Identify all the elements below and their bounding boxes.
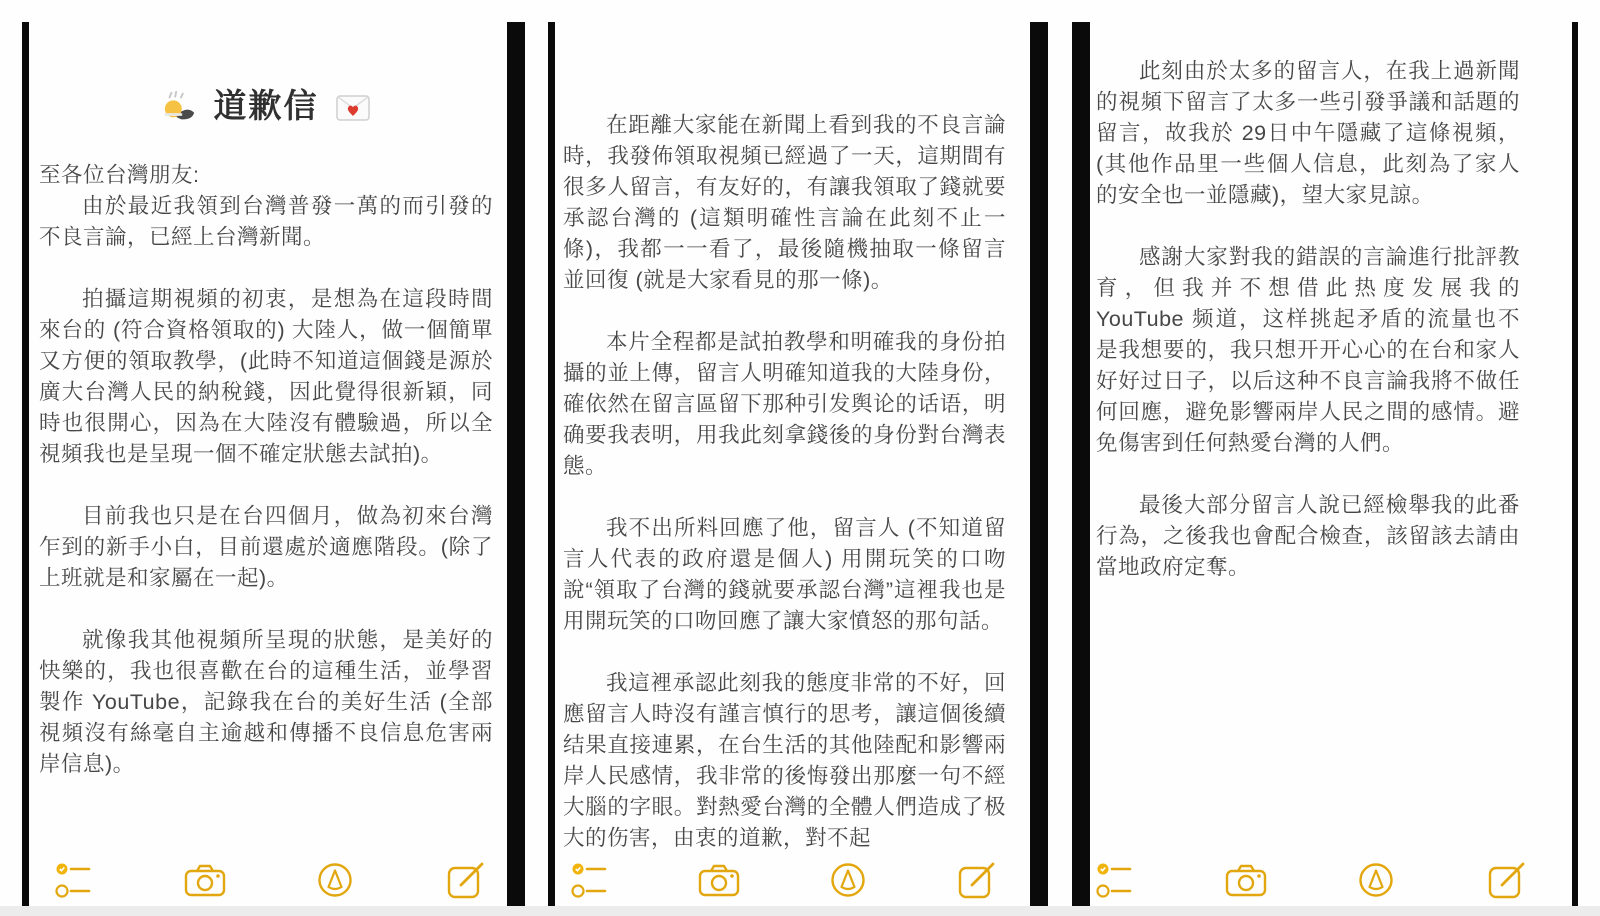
separator-bar [22, 22, 29, 906]
markup-button[interactable] [1355, 860, 1397, 902]
separator-bar [507, 22, 525, 906]
paragraph: 由於最近我領到台灣普發一萬的而引發的不良言論，已經上台灣新聞。 [39, 191, 493, 253]
notes-screenshot-collage: 道歉信 至各位台灣朋友: 由於最近我領到台灣普發一萬的而引發的不良言論，已經上台… [0, 0, 1600, 916]
paragraph: 感謝大家對我的錯誤的言論進行批評教育，但我并不想借此热度发展我的 YouTube… [1096, 242, 1520, 459]
paragraph: 我這裡承認此刻我的態度非常的不好，回應留言人時沒有謹言慎行的思考，讓這個後續结果… [563, 668, 1006, 854]
compose-button[interactable] [445, 860, 487, 902]
separator-bar [1072, 22, 1090, 906]
checklist-icon [571, 860, 609, 903]
note-page-2: 在距離大家能在新聞上看到我的不良言論時，我發佈領取視頻已經過了一天，這期間有很多… [555, 22, 1030, 916]
notes-bottom-toolbar [29, 860, 507, 902]
markup-icon [316, 861, 354, 902]
page-title: 道歉信 [39, 84, 493, 132]
compose-button[interactable] [956, 860, 998, 902]
separator-bar [548, 22, 555, 906]
compose-icon [446, 860, 486, 903]
checklist-icon [1096, 860, 1134, 903]
note-page-1: 道歉信 至各位台灣朋友: 由於最近我領到台灣普發一萬的而引發的不良言論，已經上台… [29, 22, 507, 916]
paragraph: 拍攝這期視頻的初衷，是想為在這段時間來台的 (符合資格領取的) 大陸人，做一個簡… [39, 284, 493, 470]
paragraph: 目前我也只是在台四個月，做為初來台灣乍到的新手小白，目前還處於適應階段。(除了上… [39, 501, 493, 594]
note-page-3: 此刻由於太多的留言人，在我上過新聞的視頻下留言了太多一些引發爭議和話題的留言，故… [1090, 22, 1572, 916]
paragraph: 此刻由於太多的留言人，在我上過新聞的視頻下留言了太多一些引發爭議和話題的留言，故… [1096, 56, 1520, 211]
separator-bar [1030, 22, 1048, 906]
markup-button[interactable] [314, 860, 356, 902]
separator-bar [1572, 22, 1578, 906]
bottom-crop-strip [0, 906, 1600, 916]
compose-icon [1487, 860, 1527, 903]
checklist-button[interactable] [53, 860, 95, 902]
camera-icon [184, 863, 226, 900]
paragraph: 就像我其他視頻所呈現的狀態，是美好的快樂的，我也很喜歡在台的這種生活，並學習製作… [39, 625, 493, 780]
camera-button[interactable] [698, 860, 740, 902]
camera-icon [698, 863, 740, 900]
compose-button[interactable] [1486, 860, 1528, 902]
paragraph: 在距離大家能在新聞上看到我的不良言論時，我發佈領取視頻已經過了一天，這期間有很多… [563, 110, 1006, 296]
markup-button[interactable] [827, 860, 869, 902]
bowing-person-emoji [162, 88, 196, 132]
title-text: 道歉信 [214, 87, 319, 124]
compose-icon [957, 860, 997, 903]
markup-icon [829, 861, 867, 902]
love-letter-emoji [336, 88, 370, 132]
checklist-button[interactable] [1094, 860, 1136, 902]
markup-icon [1357, 861, 1395, 902]
paragraph: 最後大部分留言人說已經檢舉我的此番行為，之後我也會配合檢查，該留該去請由當地政府… [1096, 490, 1520, 583]
notes-bottom-toolbar [555, 860, 1030, 902]
camera-button[interactable] [184, 860, 226, 902]
camera-icon [1225, 863, 1267, 900]
camera-button[interactable] [1225, 860, 1267, 902]
checklist-icon [55, 860, 93, 903]
paragraph: 本片全程都是試拍教學和明確我的身份拍攝的並上傳，留言人明確知道我的大陸身份，確依… [563, 327, 1006, 482]
checklist-button[interactable] [569, 860, 611, 902]
notes-bottom-toolbar [1090, 860, 1572, 902]
salutation: 至各位台灣朋友: [39, 160, 493, 191]
paragraph: 我不出所料回應了他，留言人 (不知道留言人代表的政府還是個人) 用開玩笑的口吻說… [563, 513, 1006, 637]
